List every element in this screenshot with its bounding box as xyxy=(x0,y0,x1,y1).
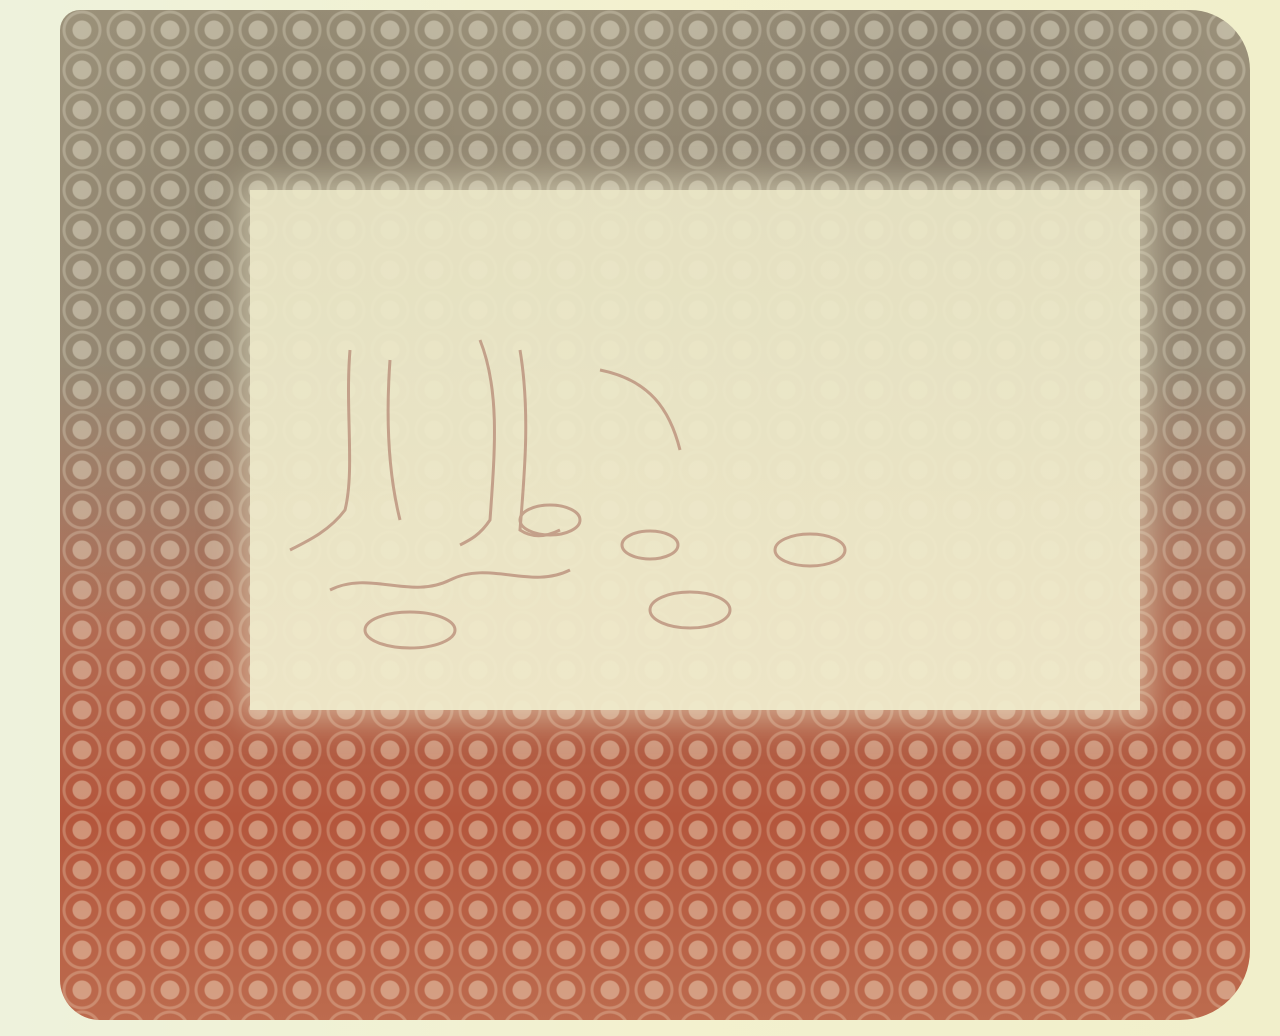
faint-line-drawing xyxy=(250,190,1140,710)
pale-central-panel xyxy=(250,190,1140,710)
